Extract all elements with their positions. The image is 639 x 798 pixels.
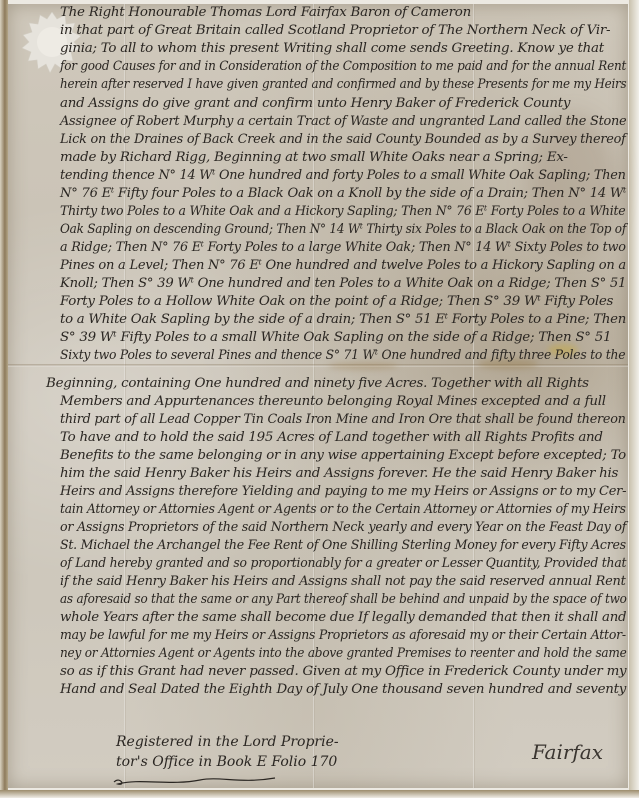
text-line: may be lawful for me my Heirs or Assigns… (60, 627, 626, 645)
text-line: to a White Oak Sapling by the side of a … (60, 311, 626, 329)
text-line: To have and to hold the said 195 Acres o… (60, 429, 603, 447)
text-line: a Ridge; Then N° 76 Eᵗ Forty Poles to a … (60, 239, 626, 257)
pen-flourish-icon (110, 774, 280, 788)
text-line: in that part of Great Britain called Sco… (60, 22, 610, 40)
picture-frame-mat: The Right Honourable Thomas Lord Fairfax… (0, 0, 639, 798)
parchment-document: The Right Honourable Thomas Lord Fairfax… (8, 4, 628, 788)
text-line: for good Causes for and in Consideration… (60, 58, 626, 76)
text-line: Forty Poles to a Hollow White Oak on the… (60, 293, 613, 311)
text-line: S° 39 Wᵗ Fifty Poles to a small White Oa… (60, 329, 611, 347)
text-line: Thirty two Poles to a White Oak and a Hi… (60, 203, 625, 221)
text-line: Oak Sapling on descending Ground; Then N… (60, 221, 626, 239)
text-line: Members and Appurtenances thereunto belo… (60, 393, 606, 411)
text-line: if the said Henry Baker his Heirs and As… (60, 573, 626, 591)
text-line: Benefits to the same belonging or in any… (60, 447, 626, 465)
frame-edge-bottom (0, 790, 639, 798)
text-line: Knoll; Then S° 39 Wᵗ One hundred and ten… (60, 275, 626, 293)
text-line: tain Attorney or Attornies Agent or Agen… (60, 501, 626, 519)
frame-edge-right (629, 0, 639, 798)
text-line: Pines on a Level; Then N° 76 Eᵗ One hund… (60, 257, 626, 275)
frame-edge-left (0, 0, 8, 798)
text-line: Assignee of Robert Murphy a certain Trac… (60, 113, 626, 131)
text-line: N° 76 Eᵗ Fifty four Poles to a Black Oak… (60, 185, 626, 203)
text-line: third part of all Lead Copper Tin Coals … (60, 411, 626, 429)
text-line: Beginning, containing One hundred and ni… (46, 375, 589, 393)
text-line: made by Richard Rigg, Beginning at two s… (60, 149, 568, 167)
text-line: St. Michael the Archangel the Fee Rent o… (60, 537, 626, 555)
text-line: ginia; To all to whom this present Writi… (60, 40, 604, 58)
text-line: ney or Attornies Agent or Agents into th… (60, 645, 627, 663)
text-line: as aforesaid so that the same or any Par… (60, 591, 627, 609)
text-line: Hand and Seal Dated the Eighth Day of Ju… (60, 681, 626, 699)
fairfax-signature: Fairfax (532, 740, 603, 764)
text-line: or Assigns Proprietors of the said North… (60, 519, 626, 537)
text-line: Lick on the Draines of Back Creek and in… (60, 131, 626, 149)
registration-note: Registered in the Lord Proprie- tor's Of… (116, 732, 339, 772)
text-line: The Right Honourable Thomas Lord Fairfax… (60, 4, 471, 22)
text-line: herein after reserved I have given grant… (60, 76, 626, 94)
text-line: tending thence N° 14 Wᵗ One hundred and … (60, 167, 626, 185)
text-line: of Land hereby granted and so proportion… (60, 555, 626, 573)
text-line: him the said Henry Baker his Heirs and A… (60, 465, 618, 483)
text-line: Sixty two Poles to several Pines and the… (60, 347, 625, 365)
text-line: Heirs and Assigns therefore Yielding and… (60, 483, 626, 501)
text-line: and Assigns do give grant and confirm un… (60, 95, 570, 113)
registration-line-1: Registered in the Lord Proprie- (116, 732, 339, 752)
registration-line-2: tor's Office in Book E Folio 170 (116, 752, 339, 772)
text-line: whole Years after the same shall become … (60, 609, 626, 627)
text-line: so as if this Grant had never passed. Gi… (60, 663, 626, 681)
